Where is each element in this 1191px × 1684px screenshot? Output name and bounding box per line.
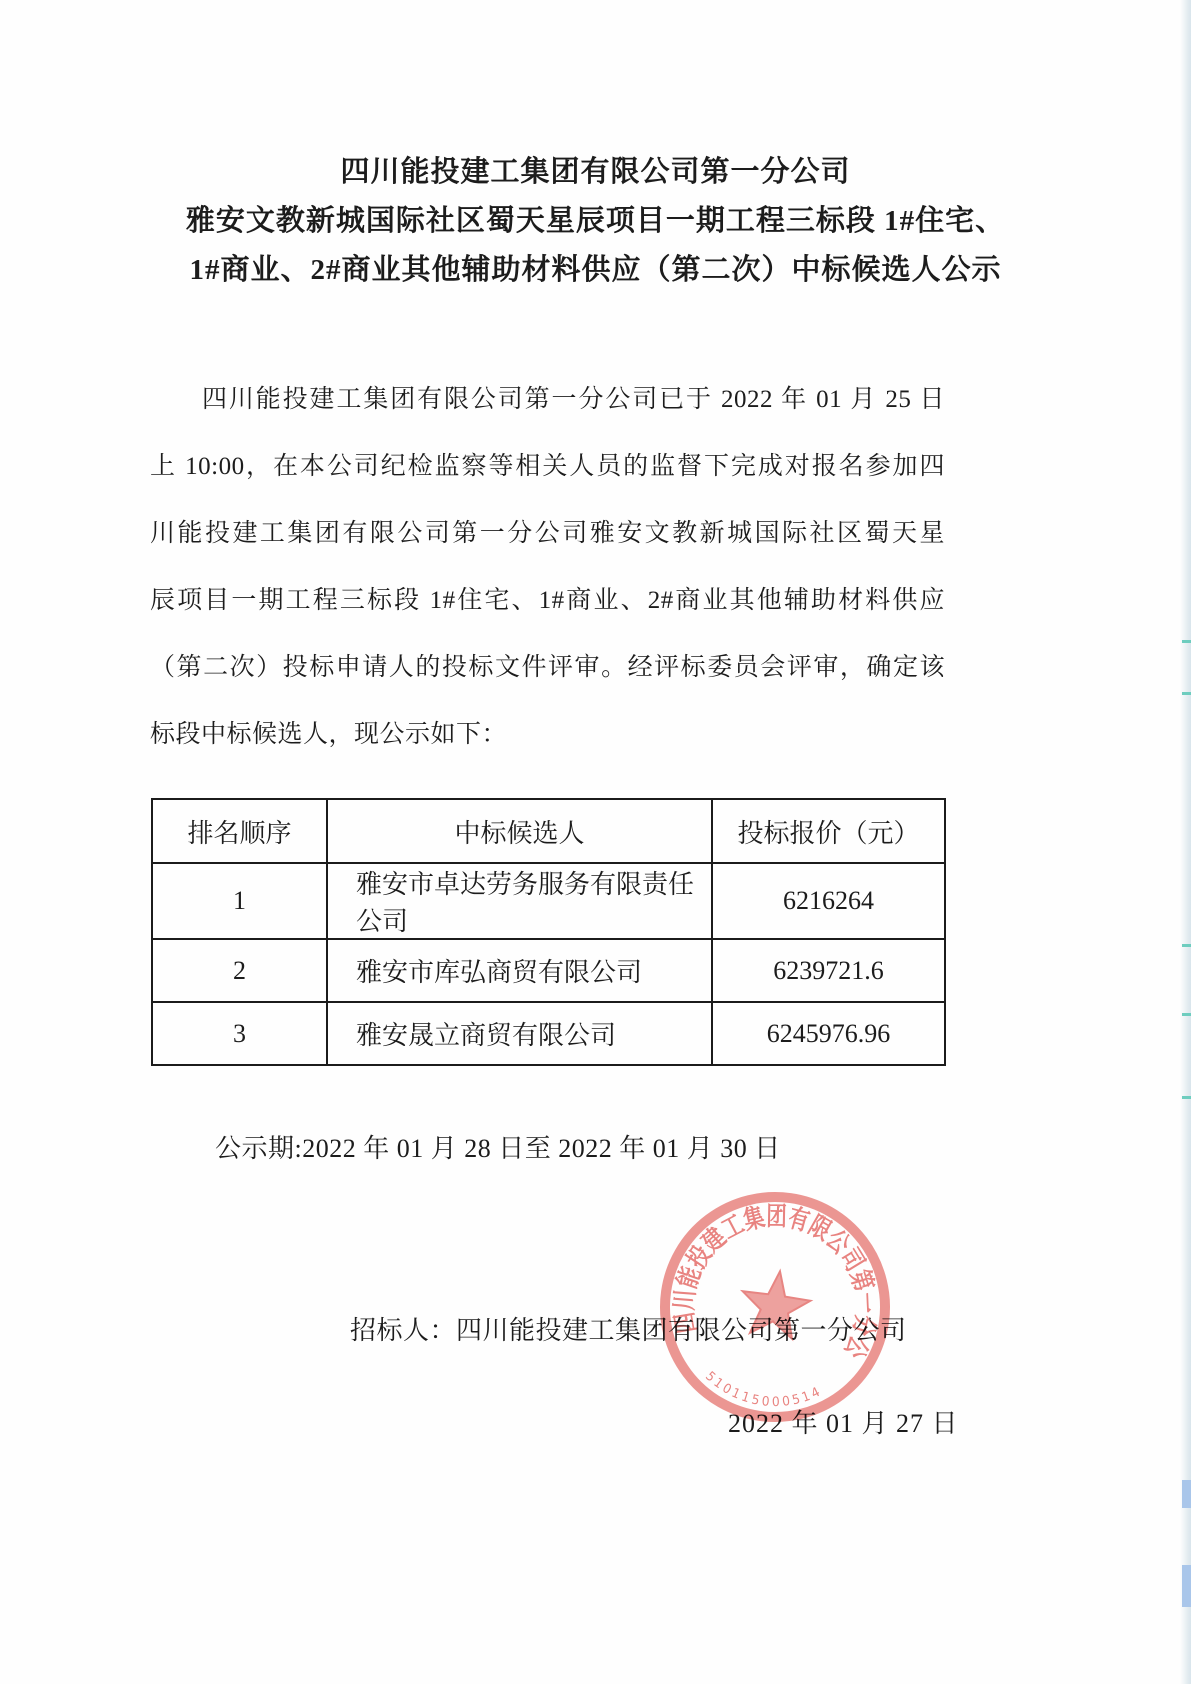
- scan-tick: [1182, 692, 1191, 695]
- body-line: 辰项目一期工程三标段 1#住宅、1#商业、2#商业其他辅助材料供应: [150, 567, 945, 634]
- body-line: （第二次）投标申请人的投标文件评审。经评标委员会评审，确定该: [150, 634, 945, 701]
- body-paragraph: 四川能投建工集团有限公司第一分公司已于 2022 年 01 月 25 日上 10…: [150, 366, 945, 768]
- candidate-cell: 雅安市库弘商贸有限公司: [327, 939, 712, 1002]
- price-cell: 6216264: [712, 863, 945, 939]
- scan-tick: [1182, 1096, 1191, 1099]
- scan-tick: [1182, 640, 1191, 643]
- scan-tick: [1182, 1565, 1191, 1607]
- title-line-3: 1#商业、2#商业其他辅助材料供应（第二次）中标候选人公示: [0, 246, 1191, 295]
- table-body: 1雅安市卓达劳务服务有限责任公司62162642雅安市库弘商贸有限公司62397…: [152, 863, 945, 1065]
- body-line: 上 10:00，在本公司纪检监察等相关人员的监督下完成对报名参加四: [150, 433, 945, 500]
- table-header-cell: 排名顺序: [152, 799, 327, 863]
- sign-date: 2022 年 01 月 27 日: [728, 1403, 959, 1440]
- candidate-cell: 雅安市卓达劳务服务有限责任公司: [327, 863, 712, 939]
- scan-tick: [1182, 1480, 1191, 1508]
- candidates-table: 排名顺序中标候选人投标报价（元） 1雅安市卓达劳务服务有限责任公司6216264…: [151, 798, 946, 1066]
- body-line: 四川能投建工集团有限公司第一分公司已于 2022 年 01 月 25 日: [150, 366, 945, 433]
- candidate-cell: 雅安晟立商贸有限公司: [327, 1002, 712, 1065]
- table-row: 1雅安市卓达劳务服务有限责任公司6216264: [152, 863, 945, 939]
- scan-edge-strip: [1180, 0, 1191, 1684]
- body-line: 标段中标候选人，现公示如下：: [150, 701, 945, 768]
- table-header-cell: 中标候选人: [327, 799, 712, 863]
- seal-ring: [651, 1183, 899, 1431]
- table-header-cell: 投标报价（元）: [712, 799, 945, 863]
- document-title: 四川能投建工集团有限公司第一分公司 雅安文教新城国际社区蜀天星辰项目一期工程三标…: [0, 148, 1191, 295]
- price-cell: 6239721.6: [712, 939, 945, 1002]
- tenderer-line: 招标人：四川能投建工集团有限公司第一分公司: [350, 1310, 907, 1347]
- rank-cell: 1: [152, 863, 327, 939]
- scan-tick: [1182, 1013, 1191, 1016]
- price-cell: 6245976.96: [712, 1002, 945, 1065]
- publicity-period: 公示期:2022 年 01 月 28 日至 2022 年 01 月 30 日: [215, 1128, 781, 1165]
- table-row: 3雅安晟立商贸有限公司6245976.96: [152, 1002, 945, 1065]
- scan-tick: [1182, 944, 1191, 947]
- table-row: 2雅安市库弘商贸有限公司6239721.6: [152, 939, 945, 1002]
- title-line-1: 四川能投建工集团有限公司第一分公司: [0, 148, 1191, 197]
- title-line-2: 雅安文教新城国际社区蜀天星辰项目一期工程三标段 1#住宅、: [0, 197, 1191, 246]
- table-header: 排名顺序中标候选人投标报价（元）: [152, 799, 945, 863]
- table-header-row: 排名顺序中标候选人投标报价（元）: [152, 799, 945, 863]
- rank-cell: 3: [152, 1002, 327, 1065]
- rank-cell: 2: [152, 939, 327, 1002]
- body-line: 川能投建工集团有限公司第一分公司雅安文教新城国际社区蜀天星: [150, 500, 945, 567]
- scanned-document-page: 四川能投建工集团有限公司第一分公司 雅安文教新城国际社区蜀天星辰项目一期工程三标…: [0, 0, 1191, 1684]
